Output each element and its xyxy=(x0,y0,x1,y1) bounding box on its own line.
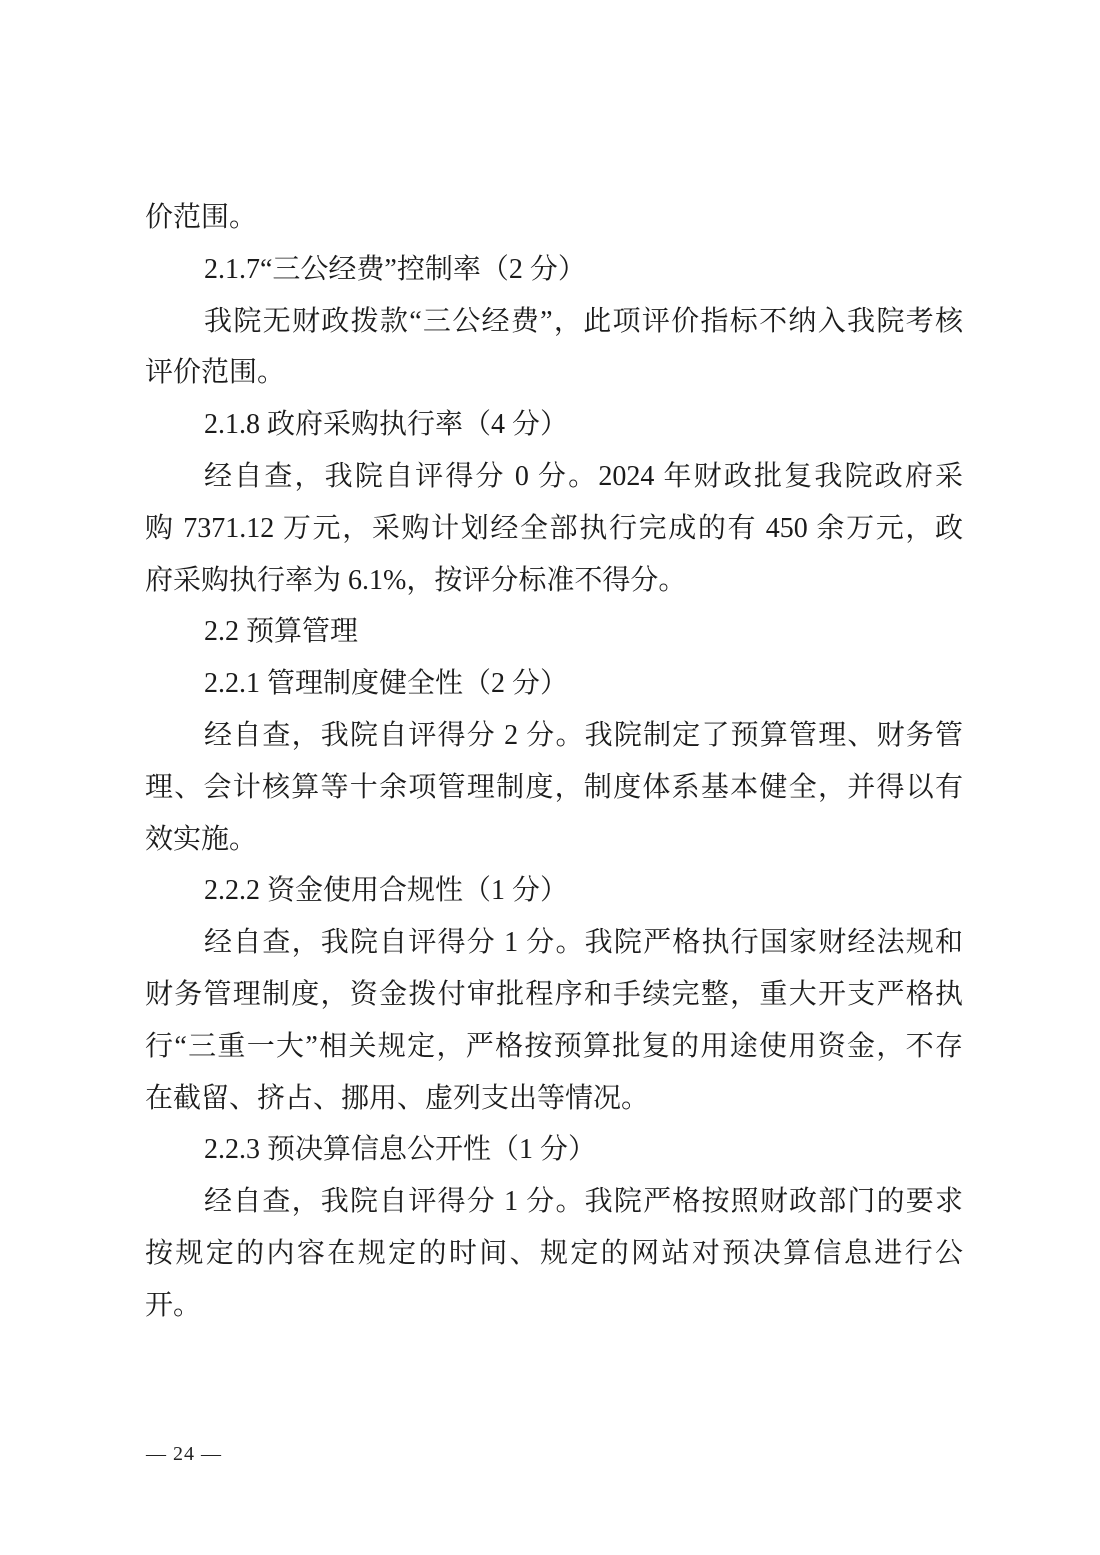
text-line: 在截留、挤占、挪用、虚列支出等情况。 xyxy=(145,1073,963,1125)
text-line: 开。 xyxy=(145,1280,963,1332)
text-line: 经自查，我院自评得分 1 分。我院严格按照财政部门的要求 xyxy=(145,1176,963,1228)
text-line: 经自查，我院自评得分 2 分。我院制定了预算管理、财务管 xyxy=(145,710,963,762)
text-line: 2.1.7“三公经费”控制率（2 分） xyxy=(145,244,963,296)
text-line: 购 7371.12 万元，采购计划经全部执行完成的有 450 余万元，政 xyxy=(145,503,963,555)
text-line: 我院无财政拨款“三公经费”，此项评价指标不纳入我院考核 xyxy=(145,296,963,348)
text-line: 2.2 预算管理 xyxy=(145,606,963,658)
text-line: 经自查，我院自评得分 1 分。我院严格执行国家财经法规和 xyxy=(145,917,963,969)
text-line: 府采购执行率为 6.1%，按评分标准不得分。 xyxy=(145,555,963,607)
text-line: 2.2.3 预决算信息公开性（1 分） xyxy=(145,1124,963,1176)
text-line: 2.1.8 政府采购执行率（4 分） xyxy=(145,399,963,451)
text-line: 经自查，我院自评得分 0 分。2024 年财政批复我院政府采 xyxy=(145,451,963,503)
text-line: 行“三重一大”相关规定，严格按预算批复的用途使用资金，不存 xyxy=(145,1021,963,1073)
text-line: 2.2.1 管理制度健全性（2 分） xyxy=(145,658,963,710)
text-line: 价范围。 xyxy=(145,192,963,244)
text-line: 2.2.2 资金使用合规性（1 分） xyxy=(145,865,963,917)
text-line: 理、会计核算等十余项管理制度，制度体系基本健全，并得以有 xyxy=(145,762,963,814)
document-page: 价范围。2.1.7“三公经费”控制率（2 分）我院无财政拨款“三公经费”，此项评… xyxy=(0,0,1100,1555)
document-body: 价范围。2.1.7“三公经费”控制率（2 分）我院无财政拨款“三公经费”，此项评… xyxy=(145,192,963,1332)
text-line: 评价范围。 xyxy=(145,347,963,399)
text-line: 财务管理制度，资金拨付审批程序和手续完整，重大开支严格执 xyxy=(145,969,963,1021)
text-line: 效实施。 xyxy=(145,814,963,866)
page-number: — 24 — xyxy=(146,1441,222,1467)
text-line: 按规定的内容在规定的时间、规定的网站对预决算信息进行公 xyxy=(145,1228,963,1280)
